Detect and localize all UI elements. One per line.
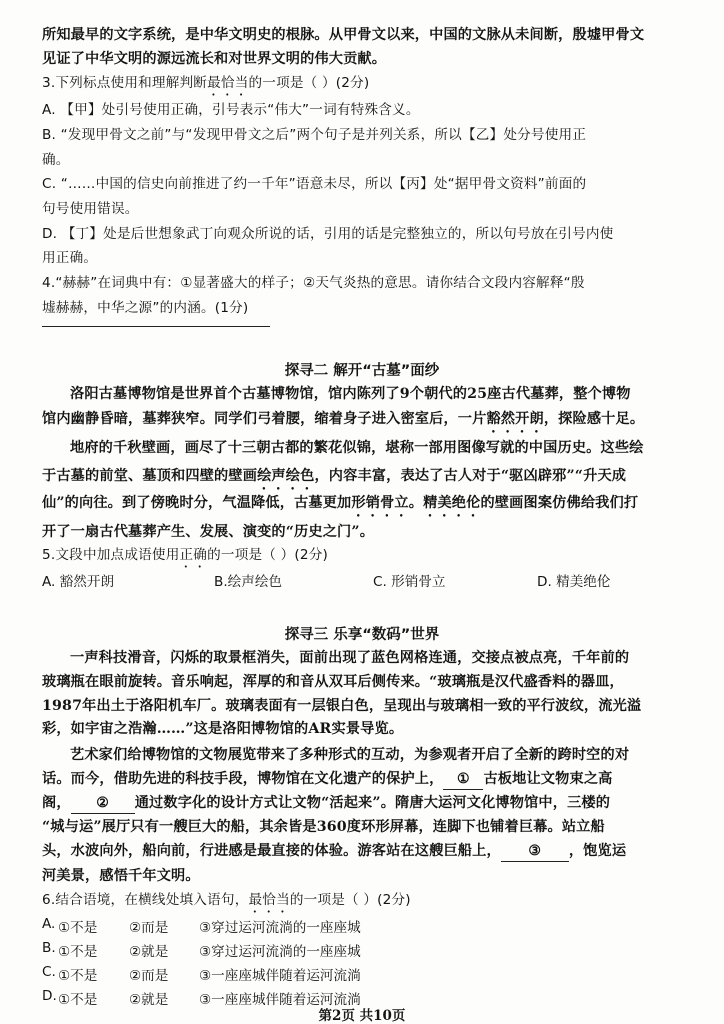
s2-p2-line-1: 地府的千秋壁画，画尽了十三朝古都的繁花似锦，堪称一部用图像写就的中国历史。这些绘 [42,438,684,458]
s2-text: 馆内幽静昏暗，墓葬狭窄。同学们弓着腰，缩着身子进入密室后，一片 [42,411,486,427]
q5-option-b: B.绘声绘色 [214,570,282,590]
q5-option-c: C. 形销骨立 [373,570,446,590]
s2-p1-line-1: 洛阳古墓博物馆是世界首个古墓博物馆，馆内陈列了9个朝代的25座古代墓葬，整个博物 [42,384,684,404]
q3-option-b-line-2: 确。 [42,150,684,170]
s3-text: 头，水波向外，船向前，行进感是最直接的体验。游客站在这艘巨船上， [42,843,501,859]
s2-p2-line-3: 仙”的向往。到了傍晚时分，气温降低，古墓更加形销骨立。精美绝伦的壁画图案仿佛给我… [42,493,684,520]
q6-emphasis: 最恰当 [248,892,289,908]
s3-p1-line-3: 1987年出土于洛阳机车厂。玻璃表面有一层银白色，呈现出与玻璃相一致的平行波纹，… [42,696,684,716]
s2-p2-line-4: 开了一扇古代墓葬产生、发展、演变的“历史之门”。 [42,522,684,542]
blank-3[interactable]: ③ [501,841,569,862]
s3-text: 阁， [42,795,71,811]
s3-text: ，饱览运 [569,843,626,859]
q3-stem-text: 3.下列标点使用和理解判断 [42,75,207,91]
s2-p1-line-2: 馆内幽静昏暗，墓葬狭窄。同学们弓着腰，缩着身子进入密室后，一片豁然开朗，探险感十… [42,409,684,436]
s2-p2-line-2: 于古墓的前堂、墓顶和四壁的壁画绘声绘色，内容丰富，表达了古人对于“驱凶辟邪”“升… [42,466,684,493]
s3-text: 通过数字化的设计方式让文物“活起来”。隋唐大运河文化博物馆中，三楼的 [135,795,610,811]
s3-p1-line-2: 玻璃瓶在眼前旋转。音乐响起，浑厚的和音从双耳后侧传来。“玻璃瓶是汉代盛香料的器皿… [42,672,684,692]
blank-2[interactable]: ② [71,793,135,814]
q3-stem: 3.下列标点使用和理解判断最恰当的一项是（ ）(2分) [42,73,684,99]
choice-2: ②而是 [129,916,168,936]
choice-2: ②就是 [129,940,168,960]
q3-option-d-line-2: 用正确。 [42,248,684,268]
option-label: D. [42,988,57,1004]
s3-text: 古板地让文物束之高 [483,771,612,787]
q5-stem: 5.文段中加点成语使用正确的一项是（ ）(2分) [42,545,684,571]
s3-p2-line-1: 艺术家们给博物馆的文物展览带来了多种形式的互动，为参观者开启了全新的跨时空的对 [42,745,684,765]
s3-p2-line-3: 阁，②通过数字化的设计方式让文物“活起来”。隋唐大运河文化博物馆中，三楼的 [42,793,684,814]
idiom-huisheng-huise: 绘声绘色 [257,468,314,484]
q6-stem-text: 6.结合语境，在横线处填入语句， [42,892,248,908]
idiom-huoran-kailang: 豁然开朗 [486,411,543,427]
q3-option-a: A. 【甲】处引号使用正确，引号表示“伟大”一词有特殊含义。 [42,100,684,120]
s3-p2-line-5: 头，水波向外，船向前，行进感是最直接的体验。游客站在这艘巨船上，③，饱览运 [42,841,684,862]
s3-p2-line-6: 河美景，感悟千年文明。 [42,866,684,886]
option-label: A. [42,916,55,932]
q4-line-1: 4.“赫赫”在词典中有：①显著盛大的样子；②天气炎热的意思。请你结合文段内容解释… [42,273,684,293]
section-2-title: 探寻二 解开“古墓”面纱 [0,359,724,380]
q5-emphasis: 正确 [180,547,208,563]
q3-option-c-line-1: C. “……中国的信史向前推进了约一千年”语意未尽，所以【丙】处“据甲骨文资料”… [42,174,684,194]
intro-line-2: 见证了中华文明的源远流长和对世界文明的伟大贡献。 [42,49,684,69]
s3-p2-line-4: “城与运”展厅只有一艘巨大的船，其余皆是360度环形屏幕，连脚下也铺着巨幕。站立… [42,817,684,837]
q5-option-a: A. 豁然开朗 [42,570,114,590]
s3-p2-line-2: 话。而今，借助先进的科技手段，博物馆在文化遗产的保护上，①古板地让文物束之高 [42,769,684,790]
choice-1: ①不是 [58,916,97,936]
idiom-jingmei-juelun: 精美绝伦 [423,495,480,511]
q5-stem-tail: 的一项是（ ）(2分) [207,547,328,563]
blank-1[interactable]: ① [443,769,483,790]
s2-text: 。 [409,495,423,511]
intro-line-1: 所知最早的文字系统，是中华文明史的根脉。从甲骨文以来，中国的文脉从未间断，殷墟甲… [42,25,684,45]
choice-1: ①不是 [58,940,97,960]
option-label: B. [42,940,56,956]
q3-option-d-line-1: D. 【丁】处是后世想象武丁向观众所说的话，引用的话是完整独立的，所以句号放在引… [42,224,684,244]
choice-1: ①不是 [58,964,97,984]
q5-option-d: D. 精美绝伦 [537,570,610,590]
option-label: C. [42,964,56,980]
s2-text: ，探险感十足。 [544,411,644,427]
q5-stem-text: 5.文段中加点成语使用 [42,547,180,563]
q4-answer-line[interactable] [42,326,270,327]
idiom-xingxiao-guli: 形销骨立 [351,495,408,511]
section-3-title: 探寻三 乐享“数码”世界 [0,623,724,644]
choice-3: ③穿过运河流淌的一座座城 [199,916,361,936]
s2-text: 仙”的向往。到了傍晚时分，气温降低，古墓更加 [42,495,351,511]
q6-stem-tail: 的一项是（ ）(2分) [290,892,411,908]
q3-option-b-line-1: B. “发现甲骨文之前”与“发现甲骨文之后”两个句子是并列关系，所以【乙】处分号… [42,125,684,145]
exam-page: 所知最早的文字系统，是中华文明史的根脉。从甲骨文以来，中国的文脉从未间断，殷墟甲… [0,0,724,1024]
s2-text: ，内容丰富，表达了古人对于“驱凶辟邪”“升天成 [314,468,626,484]
q3-option-c-line-2: 句号使用错误。 [42,199,684,219]
choice-2: ②而是 [129,964,168,984]
s2-text: 的壁画图案仿佛给我们打 [480,495,638,511]
page-footer: 第2页 共10页 [0,1004,724,1024]
q4-line-2: 墟赫赫，中华之源”的内涵。(1分) [42,298,684,318]
q6-stem: 6.结合语境，在横线处填入语句，最恰当的一项是（ ）(2分) [42,890,684,916]
choice-3: ③一座座城伴随着运河流淌 [199,964,361,984]
s3-p1-line-1: 一声科技滑音，闪烁的取景框消失，面前出现了蓝色网格连通，交接点被点亮，千年前的 [42,648,684,668]
q3-emphasis: 最恰当 [207,75,248,91]
s2-text: 于古墓的前堂、墓顶和四壁的壁画 [42,468,257,484]
choice-3: ③穿过运河流淌的一座座城 [199,940,361,960]
q3-stem-tail: 的一项是（ ）(2分) [249,75,370,91]
s3-text: 话。而今，借助先进的科技手段，博物馆在文化遗产的保护上， [42,771,443,787]
s3-p1-line-4: 彩，如宇宙之浩瀚……”这是洛阳博物馆的AR实景导览。 [42,719,684,739]
